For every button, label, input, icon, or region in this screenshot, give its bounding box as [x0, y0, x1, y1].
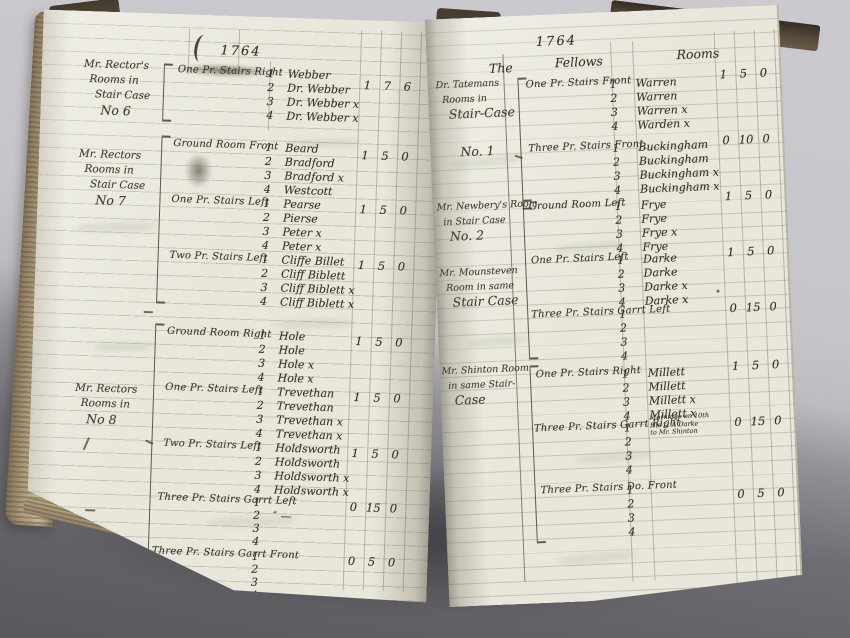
entry-name: Frye	[641, 212, 667, 226]
entry-row: 4	[628, 525, 655, 539]
entry-number: 2	[267, 81, 287, 95]
amount-pence: 0	[763, 299, 784, 314]
amount-shillings: 5	[369, 334, 389, 349]
entry-name: Hole	[279, 329, 306, 343]
entry-name: Hole	[278, 343, 305, 357]
amount-shillings: 5	[738, 188, 759, 203]
entry-number: 1	[619, 307, 646, 321]
entry-number: 3	[256, 413, 276, 427]
page-year: 1764	[220, 43, 262, 59]
entry-number: 2	[622, 381, 649, 395]
entry-name: Peter x	[282, 240, 322, 254]
stray-mark	[85, 509, 95, 511]
fellows-rooms-title-word: Rooms	[676, 45, 719, 62]
entry-number: 3	[264, 169, 284, 183]
amount-pence: 0	[761, 243, 782, 258]
room-label: Two Pr. Stairs Left	[163, 438, 261, 452]
entry-row: 1	[619, 307, 646, 321]
entry-name: Dr. Webber	[287, 82, 350, 97]
entry-number: 3	[260, 281, 280, 295]
amount-pounds: 1	[357, 78, 377, 93]
entry-number: 1	[261, 253, 281, 267]
amount: 150	[721, 243, 784, 260]
ink-flourish	[192, 34, 209, 63]
amount-pounds: 0	[341, 554, 361, 569]
entry-number: 2	[253, 509, 273, 523]
amount-shillings: 5	[367, 390, 387, 405]
entry-number: 4	[626, 463, 653, 477]
amount-pence: 0	[391, 259, 411, 274]
entry-number: 4	[262, 239, 282, 253]
entry-number: 2	[263, 211, 283, 225]
entry-name: Warren	[636, 89, 678, 104]
entry-name: Darke x	[644, 279, 688, 294]
entry-number: 4	[628, 525, 655, 539]
entry-number: 2	[627, 497, 654, 511]
entry-row: 4Westcott	[264, 183, 333, 198]
amount: 0150	[343, 500, 405, 516]
margin-note-line: No 6	[100, 102, 150, 119]
amount-shillings: 5	[361, 554, 381, 569]
entry-number: 1	[626, 483, 653, 497]
amount-pounds: 1	[353, 202, 373, 217]
entry-number: 3	[616, 227, 643, 241]
amount-shillings: 5	[733, 66, 754, 81]
entry-number: 1	[259, 329, 279, 343]
amount-pounds: 0	[343, 500, 363, 515]
amount-pounds: 1	[721, 245, 742, 260]
amount-pounds: 1	[355, 148, 375, 163]
entry-number: 2	[624, 435, 651, 449]
margin-note: Dr. Tatemans Rooms in Stair-Case	[435, 76, 515, 123]
entry-number: 4	[611, 119, 638, 133]
entry-row: 1	[251, 550, 271, 564]
entry-row: 4Peter x	[262, 239, 322, 254]
entry-name: Cliff Biblett	[281, 268, 346, 283]
amount: 150	[725, 357, 788, 374]
entry-name: Frye x	[642, 225, 678, 239]
entry-name: Millett	[648, 365, 686, 380]
ink-smudge	[184, 152, 213, 189]
entry-number: 2	[620, 321, 647, 335]
amount-pence: 0	[389, 335, 409, 350]
entry-row: 1Webber	[268, 67, 331, 82]
entry-name: Cliff Biblett x	[280, 282, 354, 297]
entry-row: 4Cliff Biblett x	[260, 295, 354, 311]
entry-number: 1	[617, 253, 644, 267]
entry-number: 2	[257, 399, 277, 413]
entry-row: 3	[625, 449, 652, 463]
entry-number: 1	[263, 197, 283, 211]
margin-note-line: Case	[455, 391, 531, 409]
amount-pence: 0	[771, 485, 792, 500]
entry-name: ″ —	[273, 509, 292, 523]
entry-number: 4	[256, 427, 276, 441]
entry-row: 2Hole	[258, 343, 305, 358]
amount-shillings: 5	[373, 203, 393, 218]
entry-name: Holdsworth x	[274, 469, 349, 484]
entry-row: 1	[624, 421, 651, 435]
entry-row: 3	[620, 335, 647, 349]
entry-number: 1	[622, 367, 649, 381]
entry-number: 2	[617, 267, 644, 281]
entry-number: 2	[261, 267, 281, 281]
entry-number: 3	[251, 576, 271, 590]
entry-number: 4	[266, 109, 286, 123]
entry-name: Trevethan x	[276, 413, 343, 428]
entry-name: Trevethan	[276, 399, 333, 414]
entry-number: 4	[621, 349, 648, 363]
entry-number: 2	[610, 91, 637, 105]
entry-number: 4	[260, 295, 280, 309]
amount: 150	[713, 65, 776, 82]
entry-name: Holdsworth	[275, 455, 341, 470]
entry-row: 1	[626, 483, 653, 497]
entry-name: Dr. Webber x	[286, 110, 359, 125]
margin-note: Mr. Rector's Rooms in Stair Case No 6	[82, 57, 151, 119]
amount: 0100	[716, 131, 779, 148]
amount-pence: 0	[393, 203, 413, 218]
entry-row: 4	[626, 463, 653, 477]
room-label: One Pr. Stairs Left	[165, 382, 263, 396]
amount-pounds: 0	[723, 301, 744, 316]
entry-number: 1	[609, 77, 636, 91]
entry-name: Trevethan x	[276, 427, 343, 442]
entry-row: 3Frye x	[616, 225, 678, 241]
bleed-through-ghost	[93, 342, 153, 352]
entry-number: 2	[251, 563, 271, 577]
entry-number: 3	[628, 511, 655, 525]
entry-row: 2	[624, 435, 651, 449]
room-label: Ground Room Right	[167, 326, 272, 340]
entry-number: 1	[251, 550, 271, 564]
amount-shillings: 5	[375, 149, 395, 164]
entry-name: Millett x	[649, 393, 696, 408]
margin-note: Mr. Mounsteven Room in same Stair Case	[439, 264, 519, 311]
entry-name: Cliffe Billet	[281, 254, 344, 269]
amount-pence: 0	[383, 501, 403, 516]
entry-number: 1	[612, 141, 639, 155]
amount-pounds: 1	[345, 446, 365, 461]
bleed-through-ghost	[76, 221, 156, 233]
ledger-right-page: 1764 The Fellows Rooms Dr. Tatemans Room…	[425, 5, 803, 607]
entry-row: 4Dr. Webber x	[266, 109, 359, 125]
entry-name: Warden x	[637, 117, 690, 132]
entry-number: 3	[625, 449, 652, 463]
margin-note-line: No 7	[95, 192, 145, 209]
amount-pounds: 1	[349, 334, 369, 349]
amount-pounds: 0	[728, 414, 749, 429]
entry-row: 2Millett	[622, 379, 686, 395]
group-bracket	[162, 64, 173, 122]
margin-note: Mr. Rectors Rooms in No 8	[74, 381, 138, 428]
room-label: One Pr. Stairs Left	[531, 251, 629, 266]
entry-number: 3	[623, 395, 650, 409]
entry-row: 4	[621, 349, 648, 363]
entry-name: Webber	[288, 68, 331, 82]
entry-name: Darke	[643, 265, 677, 279]
entry-number: 3	[611, 105, 638, 119]
amount-pence: 0	[753, 65, 774, 80]
room-label: Three Pr. Stairs Do. Front	[540, 480, 677, 497]
amount-shillings: 7	[377, 79, 397, 94]
entry-number: 4	[252, 535, 272, 549]
entry-row: 1Pearse	[263, 197, 321, 212]
entry-row: 3	[251, 576, 271, 590]
page-year: 1764	[536, 33, 578, 50]
entry-row: 2	[627, 497, 654, 511]
group-bracket	[156, 135, 171, 303]
amount-pounds: 1	[351, 258, 371, 273]
amount: 0150	[723, 299, 786, 316]
entry-name: Dr. Webber x	[287, 96, 360, 111]
amount-shillings: 5	[741, 244, 762, 259]
amount-pence: 0	[387, 391, 407, 406]
entry-row: 3	[252, 522, 272, 536]
entry-row: 1Hole	[259, 329, 306, 344]
entry-number: 3	[254, 469, 274, 483]
entry-number: 1	[615, 199, 642, 213]
entry-row: 4Hole x	[257, 371, 313, 386]
margin-case-number: No. 1	[460, 143, 495, 159]
group-bracket	[529, 365, 545, 543]
amount-pence: 0	[395, 149, 415, 164]
room-label: Three Pr. Stairs Garrt Front	[152, 545, 300, 561]
entry-name: Bradford	[285, 156, 335, 171]
entry-number: 3	[618, 281, 645, 295]
amount: 050	[731, 485, 794, 502]
entry-row: 1Frye	[615, 198, 667, 213]
amount-pounds: 1	[725, 359, 746, 374]
amount-pence: 0	[758, 187, 779, 202]
entry-row: 3Peter x	[262, 225, 322, 240]
amount-pounds: 1	[713, 67, 734, 82]
amount-pence: 6	[397, 79, 417, 94]
amount: 150	[353, 202, 415, 218]
amount: 150	[351, 258, 413, 274]
margin-note-line: Stair Case	[452, 293, 519, 310]
entry-name: Trevethan	[277, 385, 334, 400]
entry-number: 1	[255, 441, 275, 455]
entry-row: 3Hole x	[258, 357, 314, 372]
entry-row: 2Frye	[615, 212, 667, 227]
stray-mark	[144, 311, 153, 313]
room-label: Two Pr. Stairs Left	[169, 250, 267, 264]
entry-row: 2Pierse	[263, 211, 318, 226]
margin-note: Mr. Newbery's Room in Stair Case No. 2	[436, 197, 539, 245]
amount: 150	[345, 446, 407, 462]
entry-number: 4	[614, 183, 641, 197]
amount-column-rule	[403, 32, 423, 592]
room-label: Ground Room Front	[173, 138, 278, 152]
ledger-left-page: 1764 Mr. Rector's Rooms in Stair Case No…	[24, 9, 445, 602]
amount-pounds: 1	[347, 390, 367, 405]
margin-note: Mr. Rectors Rooms in Stair Case No 7	[77, 147, 146, 209]
marginal-note: Morninge on 10th His L. A Darke to Mr. S…	[650, 412, 710, 437]
entry-row: 2Dr. Webber	[267, 81, 350, 97]
entry-number: 3	[267, 95, 287, 109]
bleed-through-ghost	[273, 318, 353, 330]
amount: 050	[341, 554, 403, 570]
amount: 0150	[728, 413, 791, 430]
amount-pence: 0	[768, 413, 789, 428]
entry-name: Millett	[648, 379, 686, 394]
entry-number: 1	[268, 67, 288, 81]
entry-name: Pearse	[283, 198, 321, 212]
entry-name: Buckingham x	[640, 179, 720, 195]
entry-row: 1Millett	[622, 365, 686, 381]
entry-row: 2Trevethan	[257, 399, 334, 415]
amount-shillings: 5	[365, 446, 385, 461]
entry-number: 2	[265, 155, 285, 169]
amount: 150	[718, 187, 781, 204]
fellows-rooms-title-word: The	[489, 60, 513, 76]
amount: 150	[355, 148, 417, 164]
entry-row: 2	[251, 563, 271, 577]
entry-number: 3	[252, 522, 272, 536]
entry-row: 1Trevethan	[257, 385, 334, 401]
room-label: One Pr. Stairs Left	[171, 194, 269, 208]
margin-note: Mr. Shinton Room in same Stair- Case	[441, 362, 530, 409]
amount-shillings: 5	[745, 358, 766, 373]
amount-shillings: 5	[371, 259, 391, 274]
amount: 150	[347, 390, 409, 406]
amount-pence: 0	[385, 447, 405, 462]
bleed-through-ghost	[468, 334, 529, 349]
entry-name: Hole x	[277, 371, 313, 385]
entry-number: 2	[615, 213, 642, 227]
entry-name: Hole x	[278, 357, 314, 371]
bracket-tick	[145, 440, 153, 445]
entry-row: 4Warden x	[611, 117, 690, 133]
amount-shillings: 15	[743, 300, 764, 315]
amount-shillings: 10	[736, 132, 757, 147]
stray-mark	[83, 437, 90, 450]
entry-number: 3	[262, 225, 282, 239]
entry-name: Frye	[641, 198, 667, 212]
entry-name: Beard	[285, 142, 319, 156]
fellows-rooms-title-word: Fellows	[554, 53, 603, 70]
room-label: Three Pr. Stairs Garrt Left	[531, 304, 671, 321]
amount-shillings: 15	[363, 500, 383, 515]
entry-row: 4	[252, 535, 272, 549]
entry-number: 4	[264, 183, 284, 197]
entry-name: Bradford x	[284, 170, 344, 185]
bleed-through-ghost	[557, 549, 638, 566]
entry-name: Warren x	[637, 103, 688, 118]
entry-number: 1	[257, 385, 277, 399]
entry-row: 1Beard	[265, 141, 319, 156]
entry-name: Warren	[635, 75, 677, 90]
amount-pence: 0	[765, 357, 786, 372]
entry-number: 1	[624, 421, 651, 435]
entry-number: 3	[613, 169, 640, 183]
entry-row: 1Cliffe Billet	[261, 253, 344, 269]
entry-number: 1	[265, 141, 285, 155]
entry-number: 3	[258, 357, 278, 371]
room-label: Ground Room Left	[529, 197, 626, 212]
entry-row: 1Darke	[617, 251, 677, 266]
entry-row: 2Darke	[617, 265, 677, 280]
margin-note-line: Stair-Case	[449, 105, 516, 122]
amount-pounds: 0	[716, 133, 737, 148]
entry-number: 1	[253, 496, 273, 510]
amount-pence: 0	[381, 555, 401, 570]
entry-row: 1	[253, 496, 273, 510]
amount-pence: 0	[756, 131, 777, 146]
entry-row: 2Bradford	[265, 155, 335, 170]
entry-name: Westcott	[284, 184, 333, 199]
entry-row: 3Bradford x	[264, 169, 344, 185]
entry-name: Pierse	[283, 212, 318, 226]
entry-name: Cliff Biblett x	[280, 295, 354, 310]
entry-row: 2″ —	[253, 509, 292, 523]
entry-row: 2	[620, 321, 647, 335]
entry-name: Peter x	[282, 226, 322, 240]
amount-pounds: 0	[731, 486, 752, 501]
entry-number: 4	[257, 371, 277, 385]
entry-row: 3	[628, 511, 655, 525]
amount: 150	[349, 334, 411, 350]
amount-shillings: 5	[751, 486, 772, 501]
entry-number: 2	[613, 155, 640, 169]
photograph-of-ledger: 1764 Mr. Rector's Rooms in Stair Case No…	[0, 0, 850, 638]
note-line: to Mr. Shinton	[650, 427, 710, 437]
margin-note-line: No 8	[86, 411, 137, 428]
entry-number: 2	[258, 343, 278, 357]
entry-name: Darke	[643, 251, 677, 265]
amount: 176	[357, 78, 419, 94]
stray-mark	[716, 290, 719, 293]
amount-pounds: 1	[718, 189, 739, 204]
entry-name: Holdsworth	[275, 441, 341, 456]
entry-number: 2	[255, 455, 275, 469]
entry-number: 3	[620, 335, 647, 349]
amount-shillings: 15	[748, 414, 769, 429]
